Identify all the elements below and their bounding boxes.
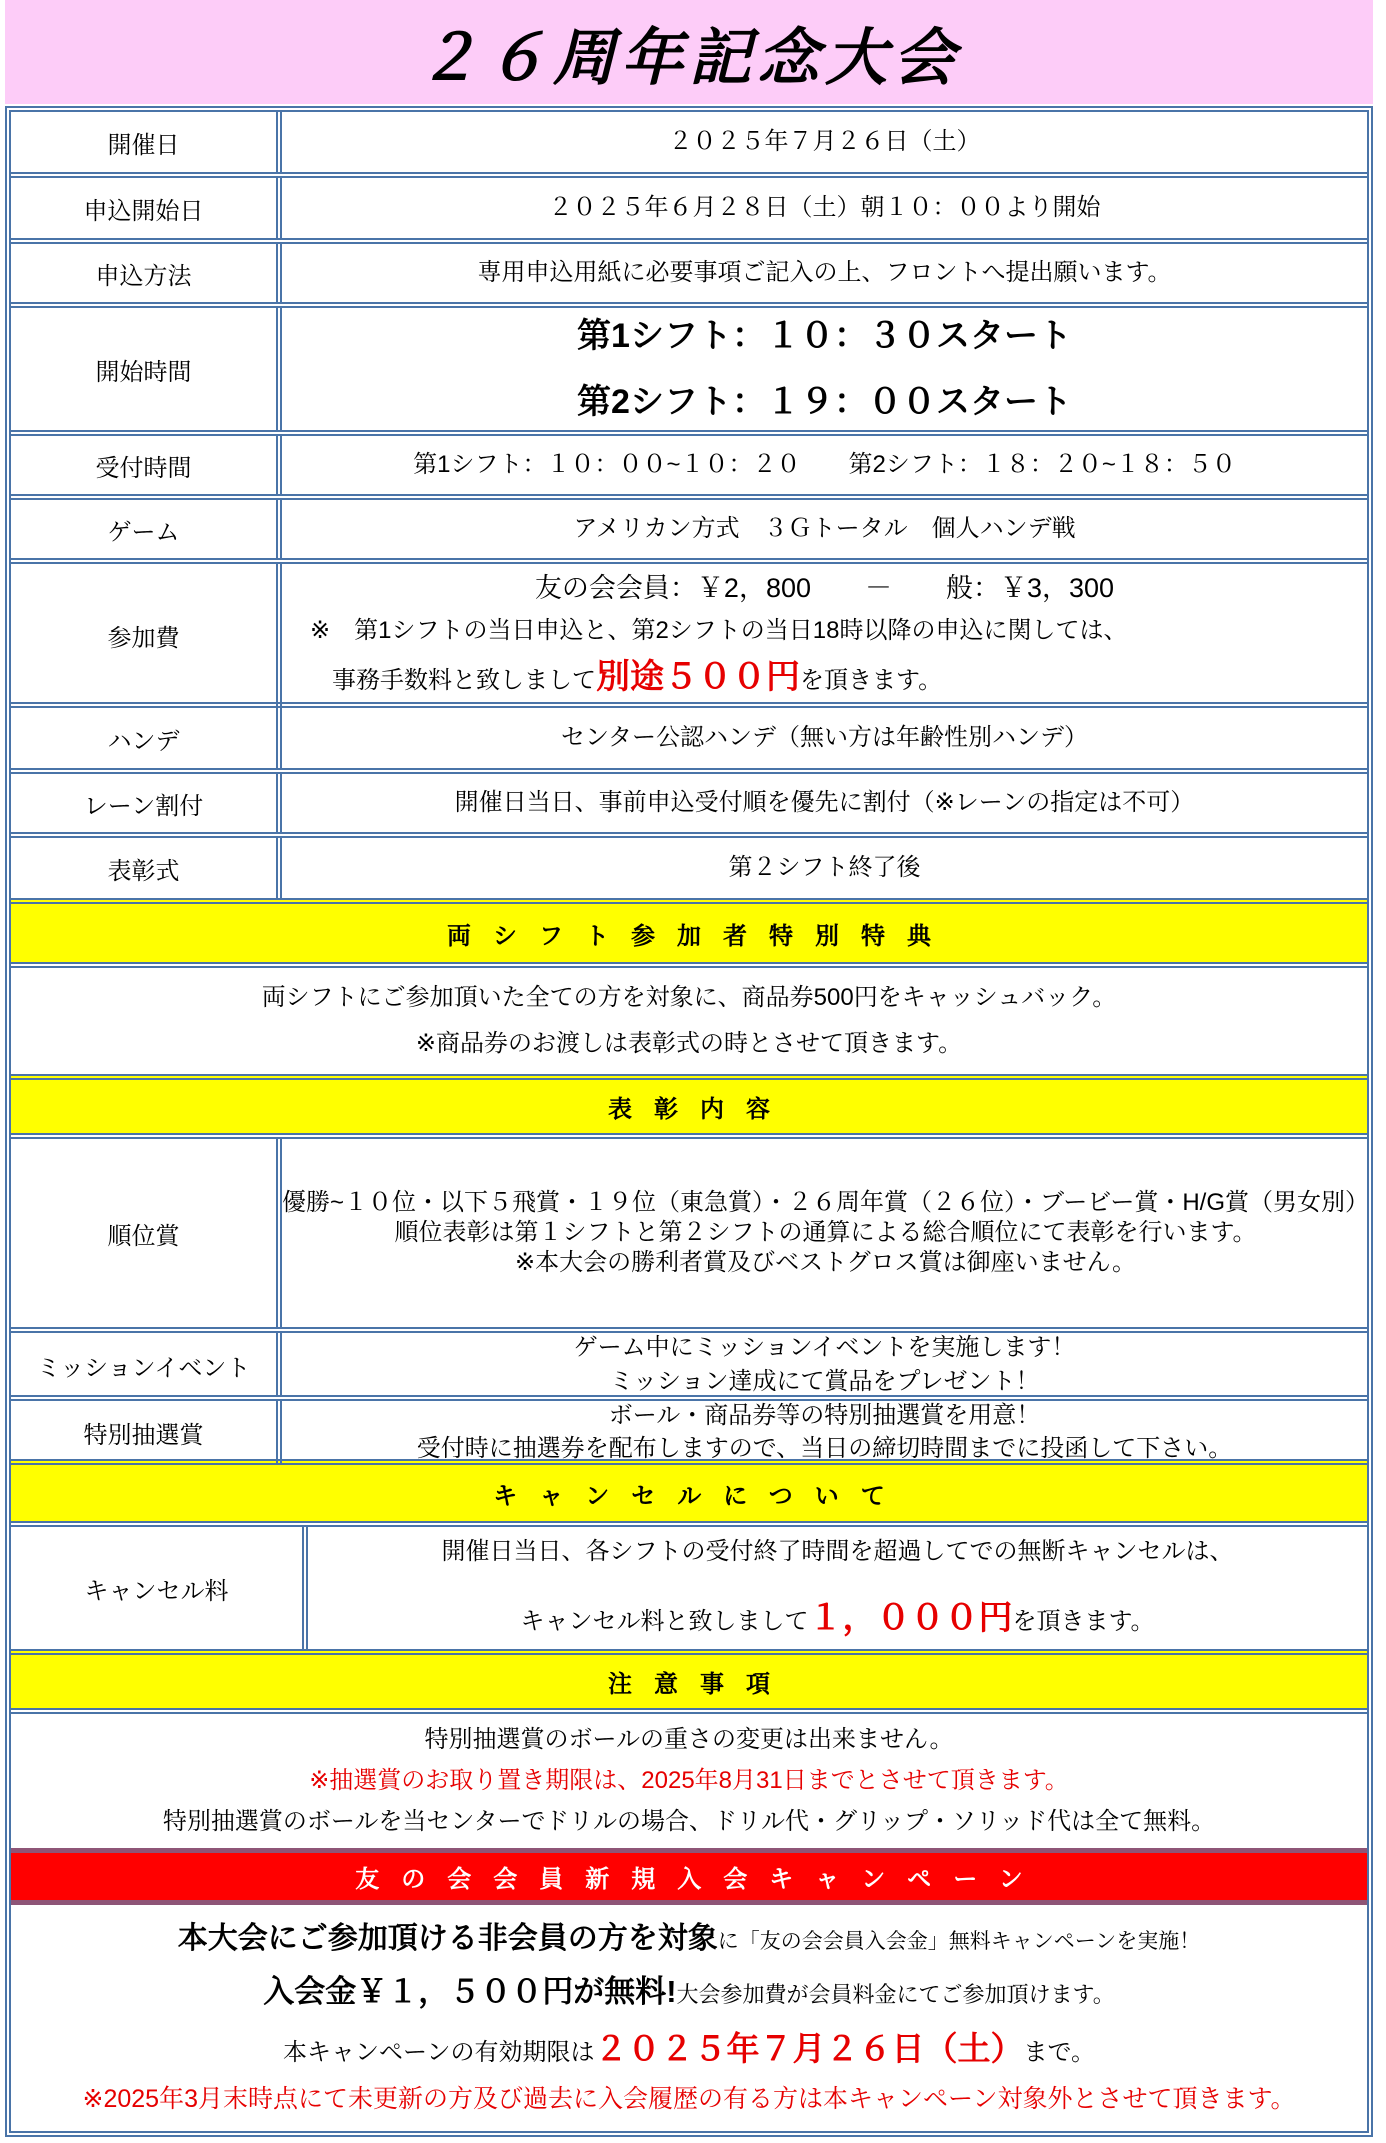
banner-both-shift-bonus: 両シフト参加者特別特典	[11, 898, 1367, 962]
row-value: アメリカン方式 ３Ｇトータル 個人ハンデ戦	[573, 514, 1075, 544]
table-row-entry-fee: 参加費 友の会会員：￥2，800 － 般：￥3，300 ※ 第1シフトの当日申込…	[11, 558, 1367, 702]
row-label: 申込方法	[11, 244, 282, 302]
section-both-shift-bonus: 両シフトにご参加頂いた全ての方を対象に、商品券500円をキャッシュバック。 ※商…	[11, 962, 1367, 1074]
section-campaign: 本大会にご参加頂ける非会員の方を対象に「友の会会員入会金」無料キャンペーンを実施…	[11, 1905, 1367, 2131]
entry-fee-note2: 事務手数料と致しまして別途５００円を頂きます。	[282, 656, 942, 699]
banner-cautions: 注意事項	[11, 1649, 1367, 1708]
entry-fee-amounts: 友の会会員：￥2，800 － 般：￥3，300	[535, 572, 1114, 606]
caution-line1: 特別抽選賞のボールの重さの変更は出来ません。	[425, 1725, 954, 1755]
shift1-start: 第1シフト：１０：３０スタート	[577, 315, 1072, 358]
banner-text: 注意事項	[586, 1664, 792, 1699]
banner-text: 表彰内容	[586, 1089, 792, 1124]
banner-text: 両シフト参加者特別特典	[425, 916, 953, 951]
row-label: 申込開始日	[11, 178, 282, 238]
banner-text: 友の会会員新規入会キャンペーン	[333, 1859, 1045, 1894]
lottery-line1: ボール・商品券等の特別抽選賞を用意！	[609, 1401, 1041, 1431]
document-body: 開催日 ２０２５年７月２６日（土） 申込開始日 ２０２５年６月２８日（土）朝１０…	[5, 106, 1373, 2137]
row-value: 第1シフト：１０：００~１０：２０ 第2シフト：１８：２０~１８：５０	[413, 450, 1236, 480]
row-value: 第２シフト終了後	[729, 853, 921, 883]
campaign-line4: ※2025年3月末時点にて未更新の方及び過去に入会履歴の有る方は本キャンペーン対…	[83, 2084, 1296, 2115]
cancel-line2-pre: キャンセル料と致しまして	[520, 1608, 808, 1635]
cancel-line1: 開催日当日、各シフトの受付終了時間を超過してでの無断キャンセルは、	[442, 1537, 1234, 1567]
row-label: 特別抽選賞	[11, 1401, 282, 1464]
campaign-deadline: ２０２５年７月２６日（土）	[595, 2030, 1024, 2067]
entry-fee-note2-post: を頂きます。	[800, 667, 942, 694]
row-label: キャンセル料	[11, 1527, 308, 1649]
entry-fee-surcharge: 別途５００円	[596, 658, 800, 696]
banner-awards: 表彰内容	[11, 1074, 1367, 1133]
rank-award-line3: ※本大会の勝利者賞及びベストグロス賞は御座いません。	[515, 1248, 1136, 1278]
mission-line1: ゲーム中にミッションイベントを実施します！	[574, 1333, 1076, 1363]
lottery-line2: 受付時に抽選券を配布しますので、当日の締切時間までに投函して下さい。	[417, 1434, 1233, 1464]
campaign-line2: 入会金￥１，５００円が無料!大会参加費が会員料金にてご参加頂けます。	[263, 1973, 1115, 2012]
mission-line2: ミッション達成にて賞品をプレゼント！	[609, 1367, 1039, 1397]
cancel-line2-post: を頂きます。	[1012, 1608, 1154, 1635]
shift2-start: 第2シフト：１９：００スタート	[577, 381, 1072, 424]
campaign-line3-pre: 本キャンペーンの有効期限は	[283, 2039, 595, 2066]
flyer-page: ２６周年記念大会 開催日 ２０２５年７月２６日（土） 申込開始日 ２０２５年６月…	[5, 0, 1373, 2137]
table-row-game: ゲーム アメリカン方式 ３Ｇトータル 個人ハンデ戦	[11, 494, 1367, 558]
campaign-line2-small: 大会参加費が会員料金にてご参加頂けます。	[677, 1982, 1115, 2007]
banner-cancellation: キャンセルについて	[11, 1459, 1367, 1521]
row-value: センター公認ハンデ（無い方は年齢性別ハンデ）	[561, 723, 1088, 753]
cancel-fee-amount: １，０００円	[808, 1599, 1012, 1637]
caution-line2: ※抽選賞のお取り置き期限は、2025年8月31日までとさせて頂きます。	[309, 1766, 1069, 1796]
row-label: 開始時間	[11, 308, 282, 430]
bonus-line1: 両シフトにご参加頂いた全ての方を対象に、商品券500円をキャッシュバック。	[262, 983, 1117, 1013]
section-cautions: 特別抽選賞のボールの重さの変更は出来ません。 ※抽選賞のお取り置き期限は、202…	[11, 1708, 1367, 1848]
cancel-line2: キャンセル料と致しまして１，０００円を頂きます。	[520, 1597, 1154, 1640]
row-label: 表彰式	[11, 838, 282, 898]
table-row-mission-event: ミッションイベント ゲーム中にミッションイベントを実施します！ ミッション達成に…	[11, 1327, 1367, 1395]
banner-text: キャンセルについて	[471, 1476, 907, 1511]
row-label: ハンデ	[11, 708, 282, 768]
row-label: 開催日	[11, 112, 282, 172]
table-row-lottery: 特別抽選賞 ボール・商品券等の特別抽選賞を用意！ 受付時に抽選券を配布しますので…	[11, 1395, 1367, 1459]
campaign-line1-small: に「友の会会員入会金」無料キャンペーンを実施！	[718, 1930, 1201, 1953]
page-title: ２６周年記念大会	[417, 8, 961, 97]
entry-fee-note2-pre: 事務手数料と致しまして	[332, 667, 596, 694]
campaign-line2-big: 入会金￥１，５００円が無料!	[263, 1974, 676, 2009]
row-value: 専用申込用紙に必要事項ご記入の上、フロントへ提出願います。	[477, 258, 1171, 288]
row-label: 参加費	[11, 564, 282, 706]
campaign-line3-post: まで。	[1024, 2039, 1096, 2066]
table-row-cancel-fee: キャンセル料 開催日当日、各シフトの受付終了時間を超過してでの無断キャンセルは、…	[11, 1521, 1367, 1649]
table-row-handicap: ハンデ センター公認ハンデ（無い方は年齢性別ハンデ）	[11, 702, 1367, 768]
banner-campaign: 友の会会員新規入会キャンペーン	[11, 1848, 1367, 1905]
table-row-lane: レーン割付 開催日当日、事前申込受付順を優先に割付（※レーンの指定は不可）	[11, 768, 1367, 832]
table-row-apply-start: 申込開始日 ２０２５年６月２８日（土）朝１０：００より開始	[11, 172, 1367, 238]
row-label: レーン割付	[11, 774, 282, 832]
row-value: ２０２５年７月２６日（土）	[669, 127, 981, 157]
bonus-line2: ※商品券のお渡しは表彰式の時とさせて頂きます。	[416, 1029, 962, 1059]
table-row-reception-time: 受付時間 第1シフト：１０：００~１０：２０ 第2シフト：１８：２０~１８：５０	[11, 430, 1367, 494]
table-row-start-time: 開始時間 第1シフト：１０：３０スタート 第2シフト：１９：００スタート	[11, 302, 1367, 430]
row-label: 受付時間	[11, 436, 282, 494]
campaign-line1: 本大会にご参加頂ける非会員の方を対象に「友の会会員入会金」無料キャンペーンを実施…	[178, 1920, 1201, 1958]
row-label: 順位賞	[11, 1139, 282, 1327]
caution-line3: 特別抽選賞のボールを当センターでドリルの場合、ドリル代・グリップ・ソリッド代は全…	[163, 1807, 1215, 1837]
title-band: ２６周年記念大会	[5, 0, 1373, 104]
row-value: ２０２５年６月２８日（土）朝１０：００より開始	[549, 193, 1101, 223]
table-row-ceremony: 表彰式 第２シフト終了後	[11, 832, 1367, 898]
row-value: 開催日当日、事前申込受付順を優先に割付（※レーンの指定は不可）	[455, 788, 1195, 818]
campaign-line3: 本キャンペーンの有効期限は２０２５年７月２６日（土）まで。	[283, 2028, 1095, 2069]
rank-award-line1: 優勝~１０位・以下５飛賞・１９位（東急賞）・２６周年賞（２６位）・ブービー賞・H…	[282, 1188, 1369, 1218]
rank-award-line2: 順位表彰は第１シフトと第２シフトの通算による総合順位にて表彰を行います。	[394, 1218, 1256, 1248]
row-label: ミッションイベント	[11, 1333, 282, 1397]
row-label: ゲーム	[11, 500, 282, 558]
table-row-apply-method: 申込方法 専用申込用紙に必要事項ご記入の上、フロントへ提出願います。	[11, 238, 1367, 302]
entry-fee-note1: ※ 第1シフトの当日申込と、第2シフトの当日18時以降の申込に関しては、	[282, 616, 1128, 646]
table-row-rank-award: 順位賞 優勝~１０位・以下５飛賞・１９位（東急賞）・２６周年賞（２６位）・ブービ…	[11, 1133, 1367, 1327]
campaign-line1-big: 本大会にご参加頂ける非会員の方を対象	[178, 1922, 718, 1955]
table-row-event-date: 開催日 ２０２５年７月２６日（土）	[11, 112, 1367, 172]
